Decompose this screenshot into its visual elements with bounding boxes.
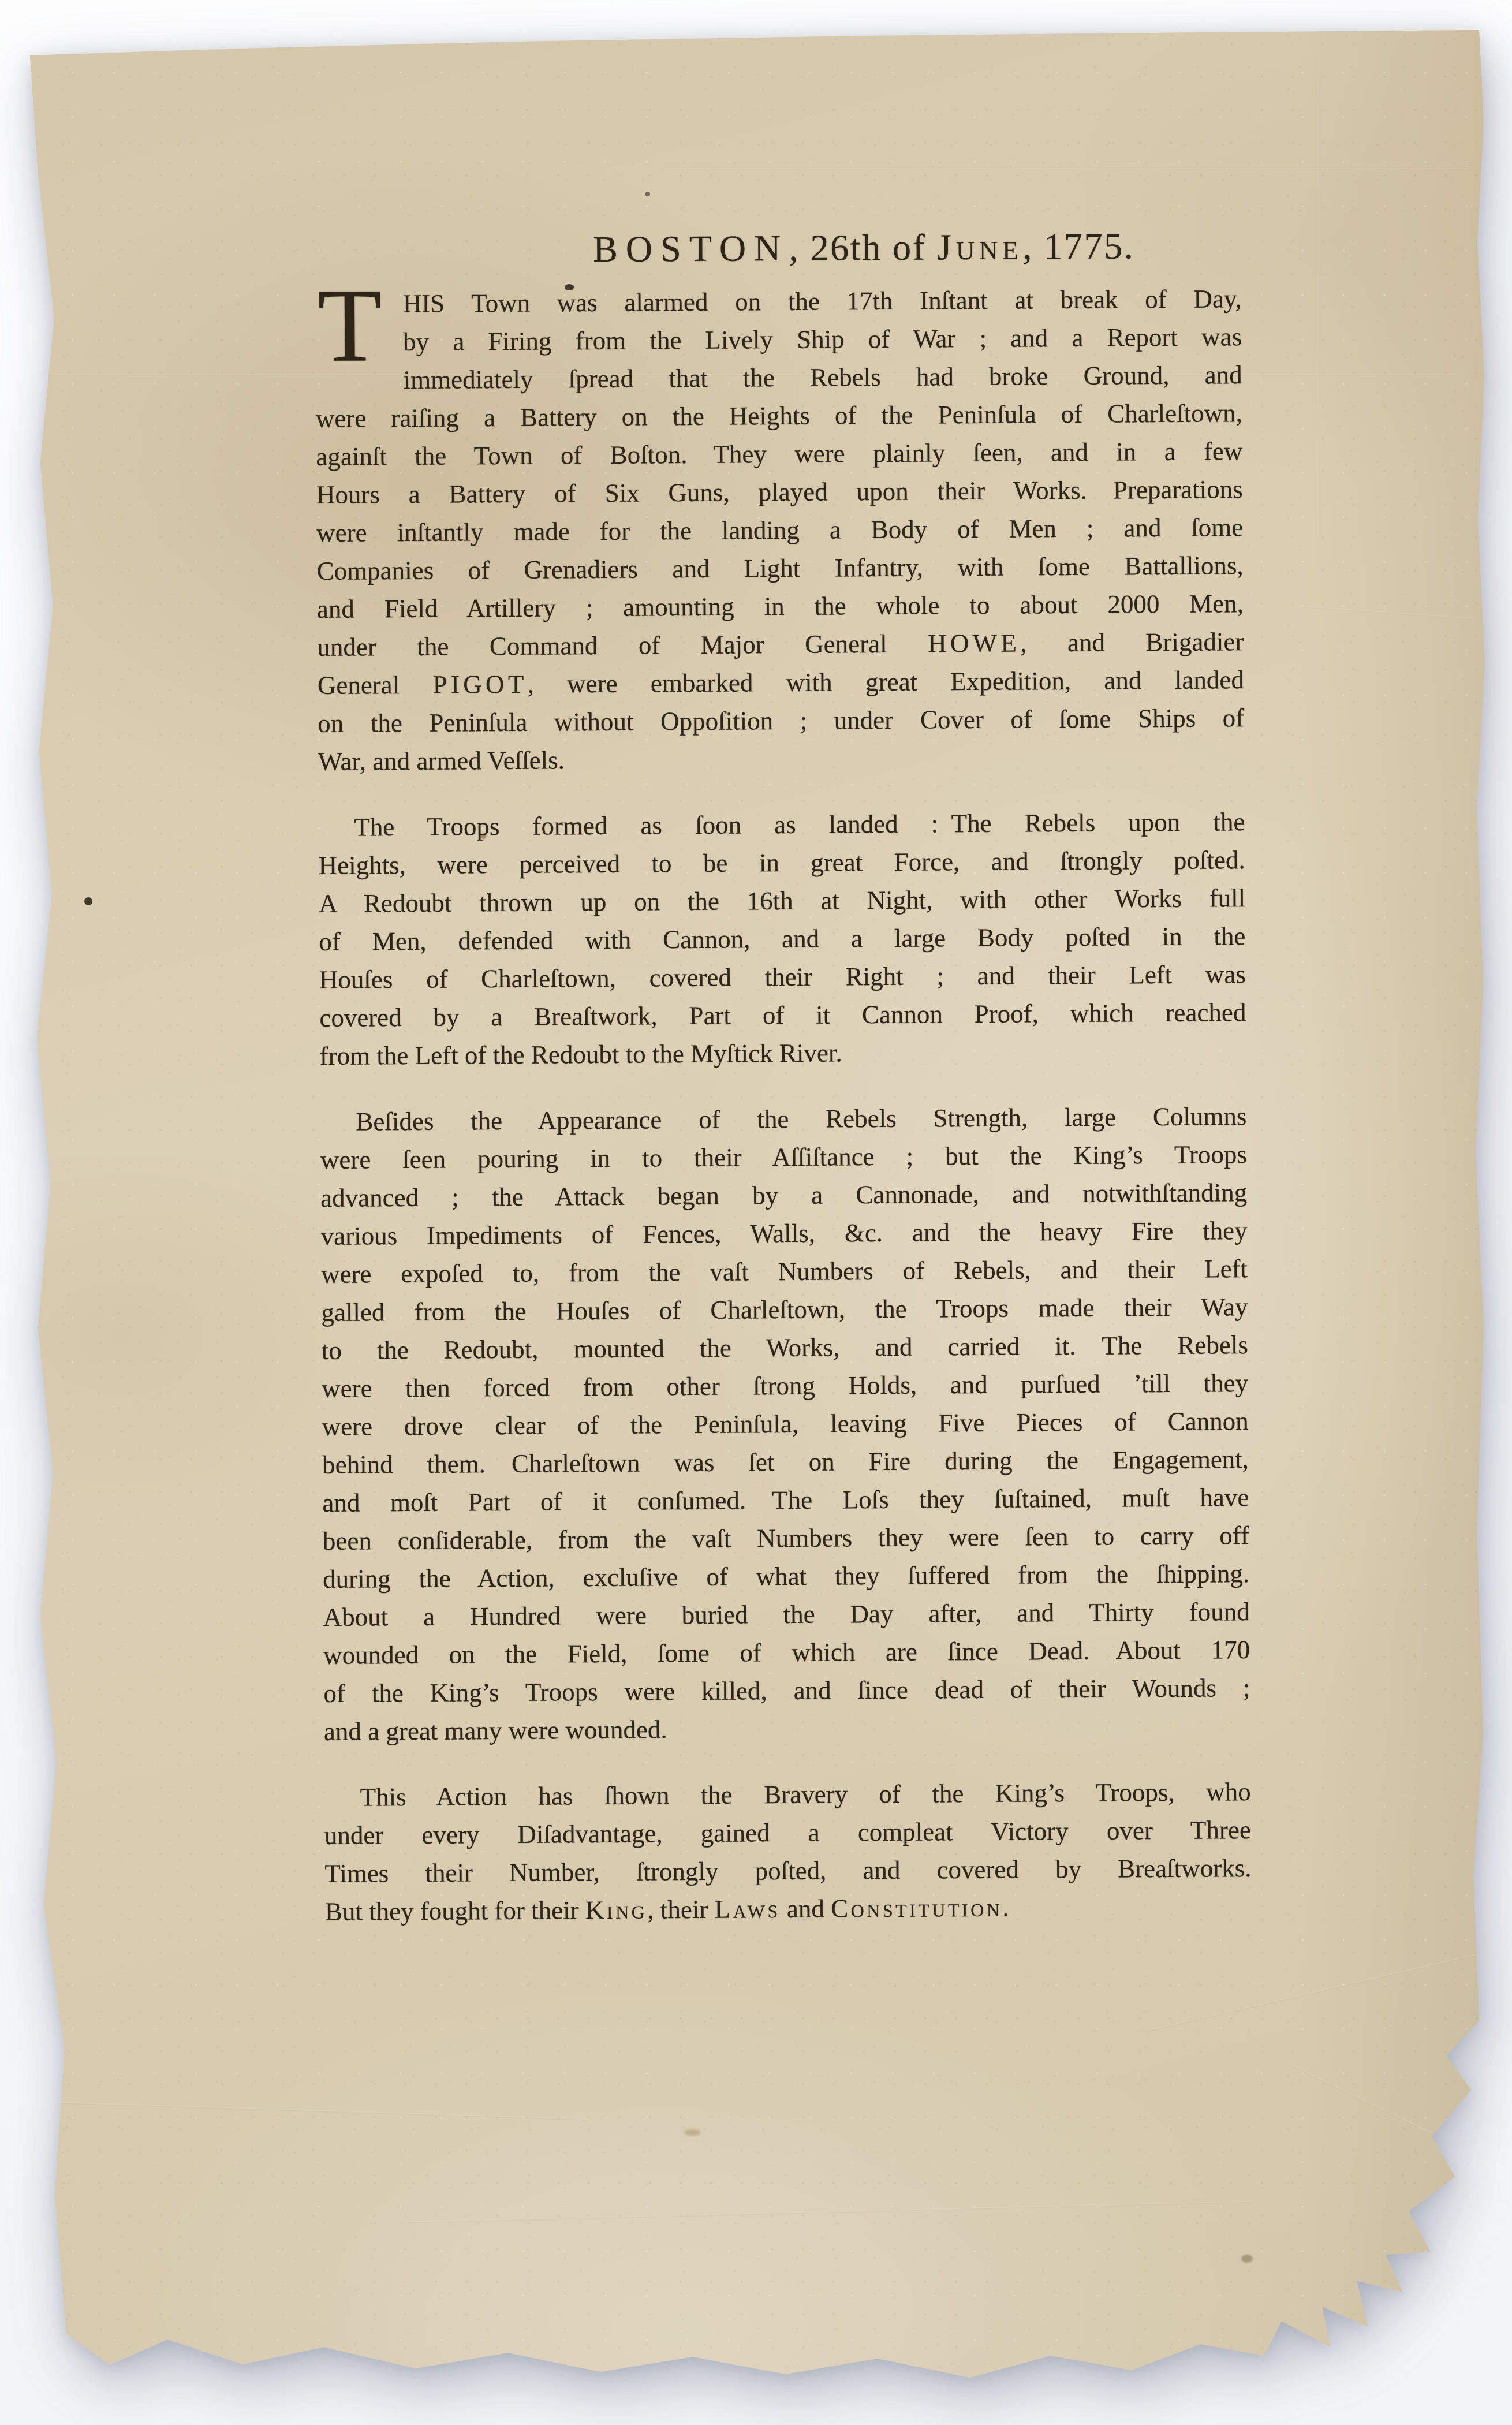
text-line: againſt the Town of Boſton. They were pl… xyxy=(316,432,1242,476)
paper-stain xyxy=(1241,2255,1253,2263)
printed-text-area: BOSTON, 26th of June, 1775. THIS Town wa… xyxy=(315,224,1252,1930)
text-line: But they fought for their King, their La… xyxy=(325,1887,1252,1931)
paragraph: The Troops formed as ſoon as landed : Th… xyxy=(318,803,1246,1075)
text-line: Hours a Battery of Six Guns, played upon… xyxy=(316,470,1243,514)
text-line: Times their Number, ſtrongly poſted, and… xyxy=(324,1849,1251,1893)
crease-line xyxy=(1317,32,1319,540)
text-line: Heights, were perceived to be in great F… xyxy=(319,841,1245,885)
emphasized-text: Laws xyxy=(714,1894,780,1924)
paragraph: Beſides the Appearance of the Rebels Str… xyxy=(320,1097,1250,1751)
text-line: of the King’s Troops were killed, and ſi… xyxy=(323,1669,1250,1713)
text-line: General PIGOT, were embarked with great … xyxy=(318,661,1244,704)
text-line: The Troops formed as ſoon as landed : Th… xyxy=(318,803,1245,846)
text-line: were drove clear of the Peninſula, leavi… xyxy=(322,1402,1248,1446)
text-line: A Redoubt thrown up on the 16th at Night… xyxy=(319,879,1245,923)
text-segment: under the Command of Major General xyxy=(317,629,928,661)
text-segment: General xyxy=(318,670,433,699)
dateline-city: BOSTON xyxy=(593,227,789,270)
text-line: were expoſed to, from the vaſt Numbers o… xyxy=(321,1249,1248,1293)
text-line: Beſides the Appearance of the Rebels Str… xyxy=(320,1097,1246,1141)
dateline-year: , 1775. xyxy=(1022,225,1134,267)
text-segment: But they fought for their xyxy=(325,1896,585,1926)
text-line: behind them. Charleſtown was ſet on Fire… xyxy=(322,1440,1249,1484)
text-line: and Field Artillery ; amounting in the w… xyxy=(317,584,1244,628)
text-line: under every Diſadvantage, gained a compl… xyxy=(324,1811,1251,1855)
text-line: by a Firing from the Lively Ship of War … xyxy=(403,318,1242,361)
text-line: various Impediments of Fences, Walls, &c… xyxy=(320,1211,1247,1255)
text-line: and a great many were wounded. xyxy=(324,1707,1250,1751)
text-line: HIS Town was alarmed on the 17th Inſtant… xyxy=(403,279,1242,323)
text-line: Companies of Grenadiers and Light Infant… xyxy=(316,546,1243,590)
text-line: and moſt Part of it conſumed. The Loſs t… xyxy=(322,1478,1249,1522)
paragraph: This Action has ſhown the Bravery of the… xyxy=(324,1773,1252,1931)
dateline-separator: , 26th of xyxy=(789,226,937,268)
emphasized-text: HOWE xyxy=(928,628,1020,658)
text-segment: , and Brigadier xyxy=(1020,627,1244,657)
text-line: advanced ; the Attack began by a Cannona… xyxy=(320,1173,1247,1217)
text-line: immediately ſpread that the Rebels had b… xyxy=(403,356,1242,399)
paper-stain xyxy=(684,2129,700,2136)
crease-line xyxy=(1287,2062,1496,2165)
text-line: were raiſing a Battery on the Heights of… xyxy=(316,394,1242,438)
crease-line xyxy=(58,2102,589,2121)
text-line: to the Redoubt, mounted the Works, and c… xyxy=(322,1326,1248,1370)
text-line: This Action has ſhown the Bravery of the… xyxy=(324,1773,1250,1816)
text-line: wounded on the Field, ſome of which are … xyxy=(323,1631,1250,1674)
text-segment: , were embarked with great Expedition, a… xyxy=(527,665,1244,699)
ink-spot xyxy=(84,897,92,905)
text-segment: . xyxy=(1002,1893,1009,1922)
dateline-month: June xyxy=(937,226,1023,268)
paragraph: THIS Town was alarmed on the 17th Inſtan… xyxy=(315,279,1245,781)
text-segment: , their xyxy=(647,1894,715,1924)
text-line: were ſeen pouring in to their Aſſiſtance… xyxy=(320,1135,1247,1179)
ink-spot xyxy=(645,192,650,196)
text-line: during the Action, excluſive of what the… xyxy=(323,1554,1249,1598)
scan-background: BOSTON, 26th of June, 1775. THIS Town wa… xyxy=(0,0,1512,2425)
crease-line xyxy=(398,2201,1253,2223)
text-line: under the Command of Major General HOWE,… xyxy=(317,622,1244,666)
text-line: from the Left of the Redoubt to the Myſt… xyxy=(320,1031,1246,1075)
text-segment: and xyxy=(780,1894,831,1923)
crease-line xyxy=(1151,1949,1500,2031)
text-line: galled from the Houſes of Charleſtown, t… xyxy=(321,1288,1248,1331)
emphasized-text: Constitution xyxy=(831,1893,1003,1923)
crease-line xyxy=(1302,606,1474,620)
text-line: were then forced from other ſtrong Holds… xyxy=(322,1364,1248,1408)
text-line: covered by a Breaſtwork, Part of it Cann… xyxy=(319,993,1246,1037)
dateline: BOSTON, 26th of June, 1775. xyxy=(315,224,1241,272)
text-line: About a Hundred were buried the Day afte… xyxy=(323,1592,1249,1636)
drop-cap-letter: T xyxy=(317,273,382,379)
text-line: been conſiderable, from the vaſt Numbers… xyxy=(323,1516,1249,1560)
text-line: were inſtantly made for the landing a Bo… xyxy=(316,508,1243,552)
emphasized-text: PIGOT xyxy=(432,669,527,699)
text-line: of Men, defended with Cannon, and a larg… xyxy=(319,917,1245,961)
text-line: Houſes of Charleſtown, covered their Rig… xyxy=(319,955,1246,999)
broadside-sheet: BOSTON, 26th of June, 1775. THIS Town wa… xyxy=(0,0,1512,2425)
body-text: THIS Town was alarmed on the 17th Inſtan… xyxy=(315,279,1252,1931)
paper-shadow: BOSTON, 26th of June, 1775. THIS Town wa… xyxy=(0,0,1512,2425)
crease-line xyxy=(664,166,1472,167)
text-line: War, and armed Veſſels. xyxy=(318,737,1244,781)
emphasized-text: King xyxy=(585,1895,648,1924)
text-line: on the Peninſula without Oppoſition ; un… xyxy=(318,699,1244,743)
